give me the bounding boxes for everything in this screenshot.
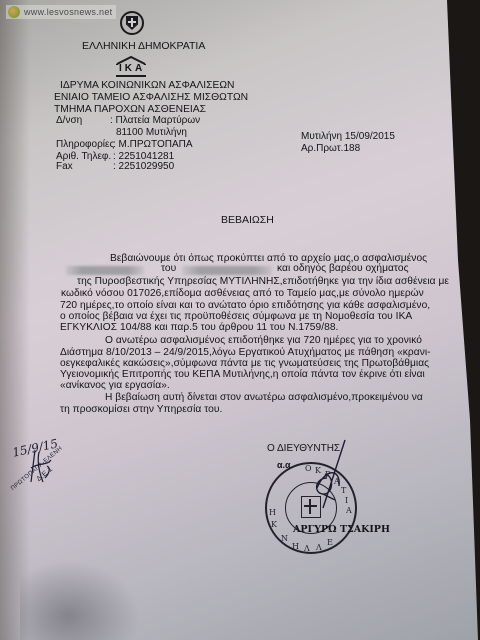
document-title: ΒΕΒΑΙΩΣΗ [221, 214, 274, 226]
page-shadow [20, 560, 140, 640]
signatory-name: ΑΡΓΥΡΩ ΤΣΑΚΙΡΗ [293, 524, 390, 535]
info-value: : Μ.ΠΡΩΤΟΠΑΠΑ [113, 139, 193, 150]
paragraph-line: Διάστημα 8/10/2013 – 24/9/2015,λόγω Εργα… [60, 347, 431, 358]
paragraph-line: και οδηγός βαρέου οχήματος [277, 263, 409, 274]
protocol-number: Αρ.Πρωτ.188 [301, 143, 360, 154]
signature-scribble-icon [305, 438, 355, 528]
paragraph-line: τη προσκομίσει στην Υπηρεσία του. [60, 404, 222, 415]
info-label: Πληροφορίες [56, 139, 114, 150]
paragraph-line: της Πυροσβεστικής Υπηρεσίας ΜΥΤΙΛΗΝΗΣ,επ… [77, 276, 449, 287]
ika-logo-icon: ΙΚΑ [116, 56, 146, 76]
site-logo-icon [8, 6, 20, 18]
org-line: ΕΝΙΑΙΟ ΤΑΜΕΙΟ ΑΣΦΑΛΙΣΗΣ ΜΙΣΘΩΤΩΝ [54, 92, 248, 103]
page-shadow [0, 0, 30, 640]
initials-scribble-icon [25, 448, 55, 486]
fax-label: Fax [56, 161, 73, 172]
address-value: : Πλατεία Μαρτύρων [110, 115, 200, 126]
org-line: ΤΜΗΜΑ ΠΑΡΟΧΩΝ ΑΣΘΕΝΕΙΑΣ [54, 104, 206, 115]
paragraph-line: «ανίκανος για εργασία». [60, 380, 170, 391]
greek-coat-of-arms-icon [120, 11, 144, 35]
paragraph-line: οεγκεφαλικές κακώσεις»,σύμφωνα πάντα με … [60, 358, 429, 369]
paragraph-line: Ο ανωτέρω ασφαλισμένος επιδοτήθηκε για 7… [105, 335, 422, 346]
place-date: Μυτιλήνη 15/09/2015 [301, 131, 395, 142]
fax-value: : 2251029950 [113, 161, 174, 172]
paragraph-line: Υγειονομικής Επιτροπής του ΚΕΠΑ Μυτιλήνη… [60, 369, 425, 380]
site-watermark: www.lesvosnews.net [6, 5, 116, 19]
paragraph-line: ο οποίος βέβαια να έχει τις προϋποθέσεις… [60, 311, 412, 322]
paragraph-line: του [161, 263, 176, 274]
paragraph-line: 720 ημέρες,το οποίο είναι και το ανώτατο… [60, 300, 430, 311]
redacted-name [66, 266, 144, 275]
ika-logo-text: ΙΚΑ [119, 63, 145, 74]
country-name: ΕΛΛΗΝΙΚΗ ΔΗΜΟΚΡΑΤΙΑ [82, 40, 205, 52]
paragraph-line: κωδικό νόσου 017026,επίδομα ασθένειας απ… [61, 288, 424, 299]
document-page: www.lesvosnews.net ΕΛΛΗΝΙΚΗ ΔΗΜΟΚΡΑΤΙΑ Ι… [0, 0, 480, 640]
redacted-name [182, 266, 272, 275]
address-label: Δ/νση [56, 115, 82, 126]
postal-city: 81100 Μυτιλήνη [116, 127, 187, 138]
org-line: ΙΔΡΥΜΑ ΚΟΙΝΩΝΙΚΩΝ ΑΣΦΑΛΙΣΕΩΝ [60, 80, 234, 91]
paragraph-line: ΕΓΚΥΚΛΙΟΣ 104/88 και παρ.5 του άρθρου 11… [60, 322, 338, 333]
paragraph-line: Η βεβαίωση αυτή δίνεται στον ανωτέρω ασφ… [105, 392, 423, 403]
watermark-text: www.lesvosnews.net [24, 7, 112, 17]
